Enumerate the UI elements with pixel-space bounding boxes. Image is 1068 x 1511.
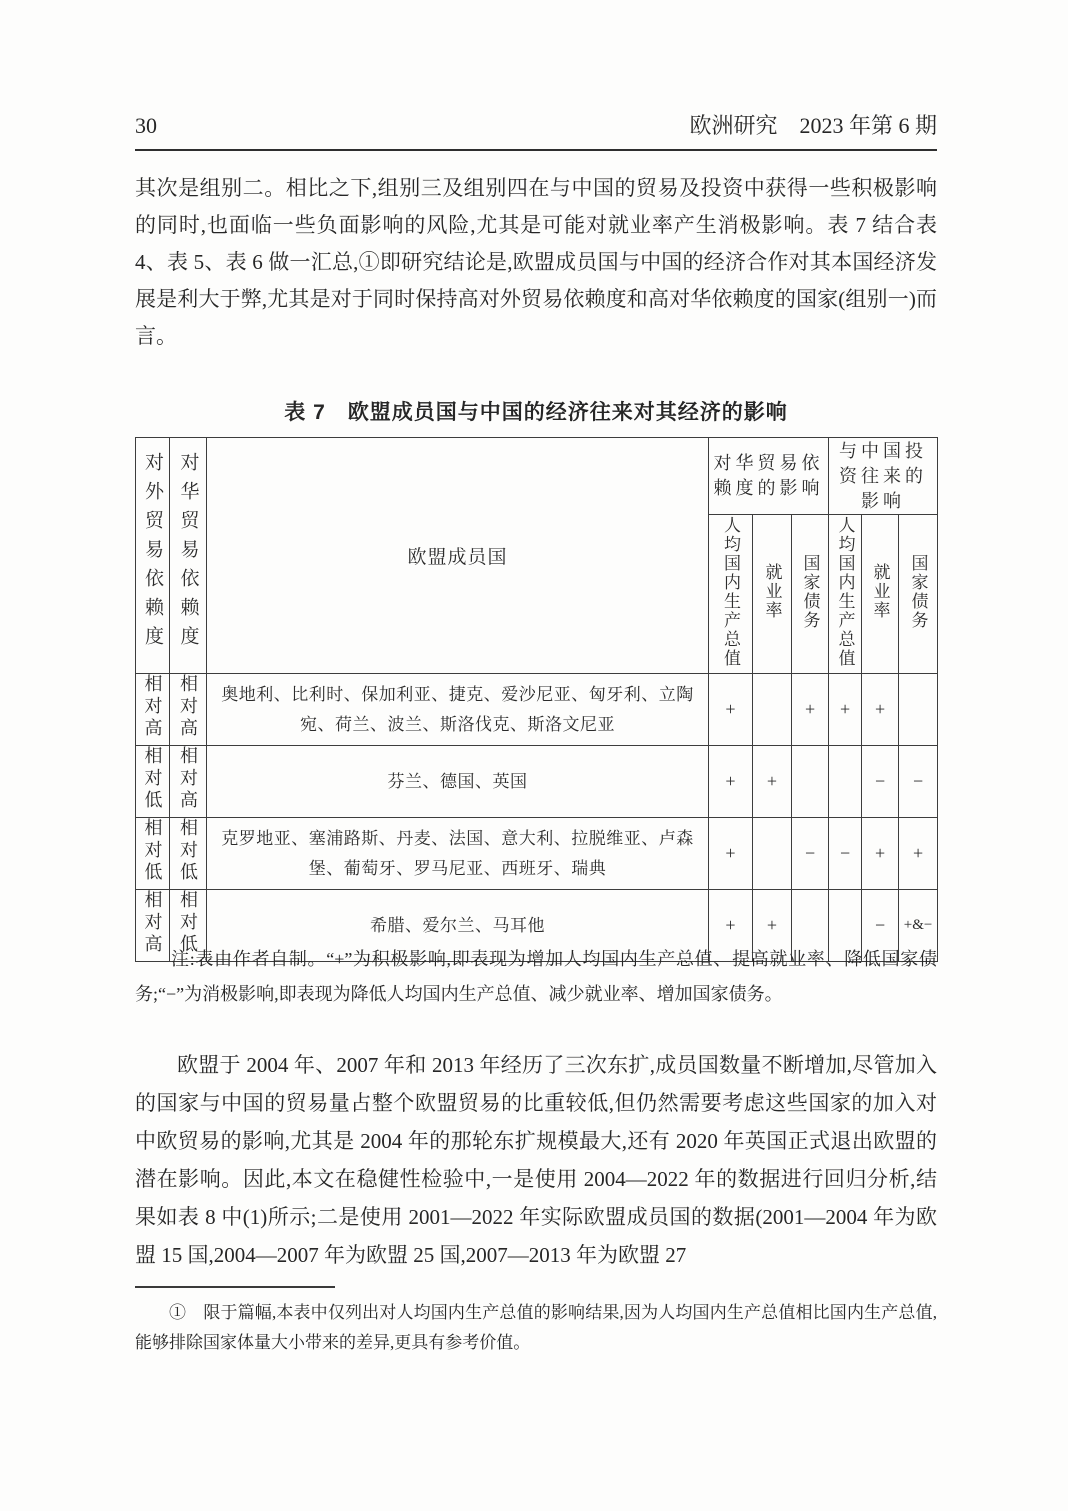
footnote-rule [135, 1286, 335, 1288]
sign-cell [792, 746, 829, 818]
cell-foreign-dependence-label: 相对低 [140, 818, 166, 884]
cell-foreign-dependence: 相对高 [136, 674, 170, 746]
table-row: 相对高 相对高 奥地利、比利时、保加利亚、捷克、爱沙尼亚、匈牙利、立陶宛、荷兰、… [136, 674, 938, 746]
sign-cell: − [899, 746, 938, 818]
cell-china-dependence-label: 相对低 [175, 818, 201, 884]
table-row: 相对低 相对高 芬兰、德国、英国 + + − − [136, 746, 938, 818]
page-number: 30 [135, 112, 157, 140]
table-note: 注:表由作者自制。“+”为积极影响,即表现为增加人均国内生产总值、提高就业率、降… [135, 942, 937, 1012]
subheader-employment-1-label: 就业率 [760, 563, 785, 620]
subheader-national-debt-1-label: 国家债务 [798, 554, 823, 630]
sign-cell: + [709, 746, 753, 818]
cell-china-dependence-label: 相对高 [175, 746, 201, 812]
cell-foreign-dependence: 相对低 [136, 746, 170, 818]
paragraph-1: 其次是组别二。相比之下,组别三及组别四在与中国的贸易及投资中获得一些积极影响的同… [135, 170, 937, 355]
sign-cell [753, 818, 792, 890]
sign-cell: − [862, 746, 899, 818]
header-group-trade-impact: 对华贸易依赖度的影响 [709, 438, 829, 515]
cell-foreign-dependence-label: 相对高 [140, 674, 166, 740]
sign-cell: − [829, 818, 862, 890]
header-china-trade-dependence-label: 对华贸易依赖度 [175, 452, 202, 655]
sign-cell: − [792, 818, 829, 890]
journal-page: 30 欧洲研究 2023 年第 6 期 其次是组别二。相比之下,组别三及组别四在… [0, 0, 1068, 1511]
subheader-gdp-per-capita-2-label: 人均国内生产总值 [833, 516, 858, 668]
sign-cell: + [753, 746, 792, 818]
paragraph-2: 欧盟于 2004 年、2007 年和 2013 年经历了三次东扩,成员国数量不断… [135, 1046, 937, 1274]
cell-china-dependence: 相对高 [170, 674, 207, 746]
table-row: 相对低 相对低 克罗地亚、塞浦路斯、丹麦、法国、意大利、拉脱维亚、卢森堡、葡萄牙… [136, 818, 938, 890]
sign-cell [829, 746, 862, 818]
subheader-gdp-per-capita-2: 人均国内生产总值 [829, 515, 862, 674]
footnote: ① 限于篇幅,本表中仅列出对人均国内生产总值的影响结果,因为人均国内生产总值相比… [135, 1298, 937, 1358]
subheader-national-debt-2-label: 国家债务 [906, 554, 931, 630]
cell-countries: 芬兰、德国、英国 [207, 746, 709, 818]
sign-cell: + [709, 674, 753, 746]
cell-china-dependence: 相对低 [170, 818, 207, 890]
cell-foreign-dependence-label: 相对低 [140, 746, 166, 812]
sign-cell: + [709, 818, 753, 890]
cell-countries: 克罗地亚、塞浦路斯、丹麦、法国、意大利、拉脱维亚、卢森堡、葡萄牙、罗马尼亚、西班… [207, 818, 709, 890]
sign-cell: + [862, 674, 899, 746]
sign-cell [899, 674, 938, 746]
header-foreign-trade-dependence-label: 对外贸易依赖度 [139, 452, 166, 655]
subheader-national-debt-1: 国家债务 [792, 515, 829, 674]
header-rule [135, 149, 937, 151]
cell-china-dependence: 相对高 [170, 746, 207, 818]
subheader-employment-2-label: 就业率 [868, 563, 893, 620]
sign-cell: + [899, 818, 938, 890]
sign-cell: + [829, 674, 862, 746]
header-foreign-trade-dependence: 对外贸易依赖度 [136, 438, 170, 674]
cell-foreign-dependence: 相对低 [136, 818, 170, 890]
cell-china-dependence-label: 相对高 [175, 674, 201, 740]
subheader-gdp-per-capita-1: 人均国内生产总值 [709, 515, 753, 674]
impact-table: 对外贸易依赖度 对华贸易依赖度 欧盟成员国 对华贸易依赖度的影响 与中国投资往来… [135, 437, 938, 962]
header-china-trade-dependence: 对华贸易依赖度 [170, 438, 207, 674]
subheader-national-debt-2: 国家债务 [899, 515, 938, 674]
subheader-employment-2: 就业率 [862, 515, 899, 674]
journal-issue: 欧洲研究 2023 年第 6 期 [689, 112, 937, 140]
subheader-gdp-per-capita-1-label: 人均国内生产总值 [718, 516, 743, 668]
subheader-employment-1: 就业率 [753, 515, 792, 674]
cell-countries: 奥地利、比利时、保加利亚、捷克、爱沙尼亚、匈牙利、立陶宛、荷兰、波兰、斯洛伐克、… [207, 674, 709, 746]
header-eu-members: 欧盟成员国 [207, 438, 709, 674]
table-title: 表 7 欧盟成员国与中国的经济往来对其经济的影响 [135, 396, 937, 426]
sign-cell: + [862, 818, 899, 890]
sign-cell [753, 674, 792, 746]
header-group-investment-impact: 与中国投资往来的影响 [829, 438, 938, 515]
page-header: 30 欧洲研究 2023 年第 6 期 [135, 112, 937, 140]
sign-cell: + [792, 674, 829, 746]
